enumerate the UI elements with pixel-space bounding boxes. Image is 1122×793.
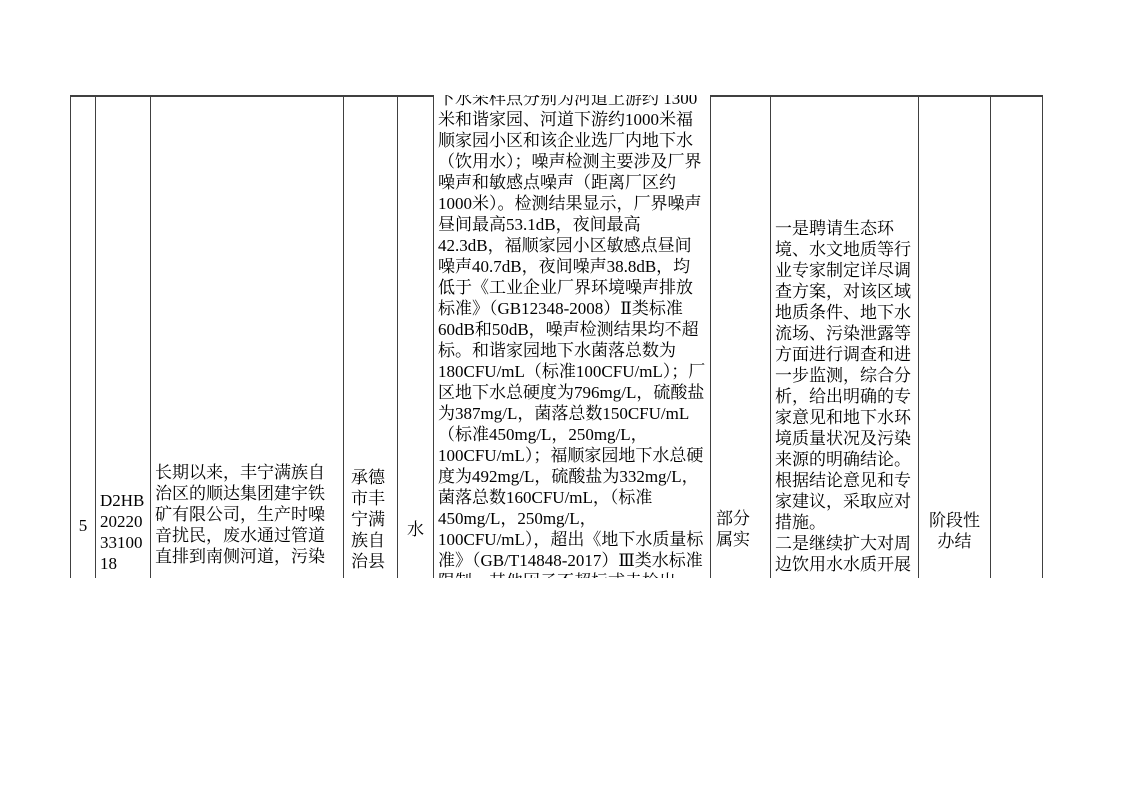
cell-case-id: D2HB202203310018 xyxy=(96,95,151,578)
cell-location: 承德市丰宁满族自治县 xyxy=(344,95,398,578)
verification-text: 部分属实 xyxy=(716,508,766,550)
cell-row-index: 5 xyxy=(71,95,96,578)
cell-investigation: 下水采样点分别为河道上游约 1300米和谐家园、河道下游约1000米福顺家园小区… xyxy=(434,95,711,578)
cell-empty-note xyxy=(991,95,1043,578)
cell-status: 阶段性办结 xyxy=(919,95,991,578)
cell-complaint: 长期以来，丰宁满族自治区的顺达集团建宇铁矿有限公司，生产时噪音扰民，废水通过管道… xyxy=(151,95,344,578)
location-text: 承德市丰宁满族自治县 xyxy=(351,467,391,572)
row-index-value: 5 xyxy=(79,516,88,535)
cell-verification-result: 部分属实 xyxy=(711,95,771,578)
cell-measures: 一是聘请生态环境、水文地质等行业专家制定详尽调查方案，对该区域地质条件、地下水流… xyxy=(771,95,919,578)
measures-paragraph-1: 一是聘请生态环境、水文地质等行业专家制定详尽调查方案，对该区域地质条件、地下水流… xyxy=(775,218,914,533)
document-page: 5 D2HB202203310018 长期以来，丰宁满族自治区的顺达集团建宇铁矿… xyxy=(0,0,1122,793)
measures-paragraph-2: 二是继续扩大对周边饮用水水质开展 xyxy=(775,533,914,575)
case-id-value: D2HB202203310018 xyxy=(100,491,144,573)
inspection-table-row: 5 D2HB202203310018 长期以来，丰宁满族自治区的顺达集团建宇铁矿… xyxy=(70,95,1043,578)
investigation-text: 下水采样点分别为河道上游约 1300米和谐家园、河道下游约1000米福顺家园小区… xyxy=(438,95,706,578)
category-value: 水 xyxy=(407,520,424,539)
complaint-text: 长期以来，丰宁满族自治区的顺达集团建宇铁矿有限公司，生产时噪音扰民，废水通过管道… xyxy=(155,462,339,567)
cell-category: 水 xyxy=(398,95,434,578)
status-text: 阶段性办结 xyxy=(925,510,984,552)
